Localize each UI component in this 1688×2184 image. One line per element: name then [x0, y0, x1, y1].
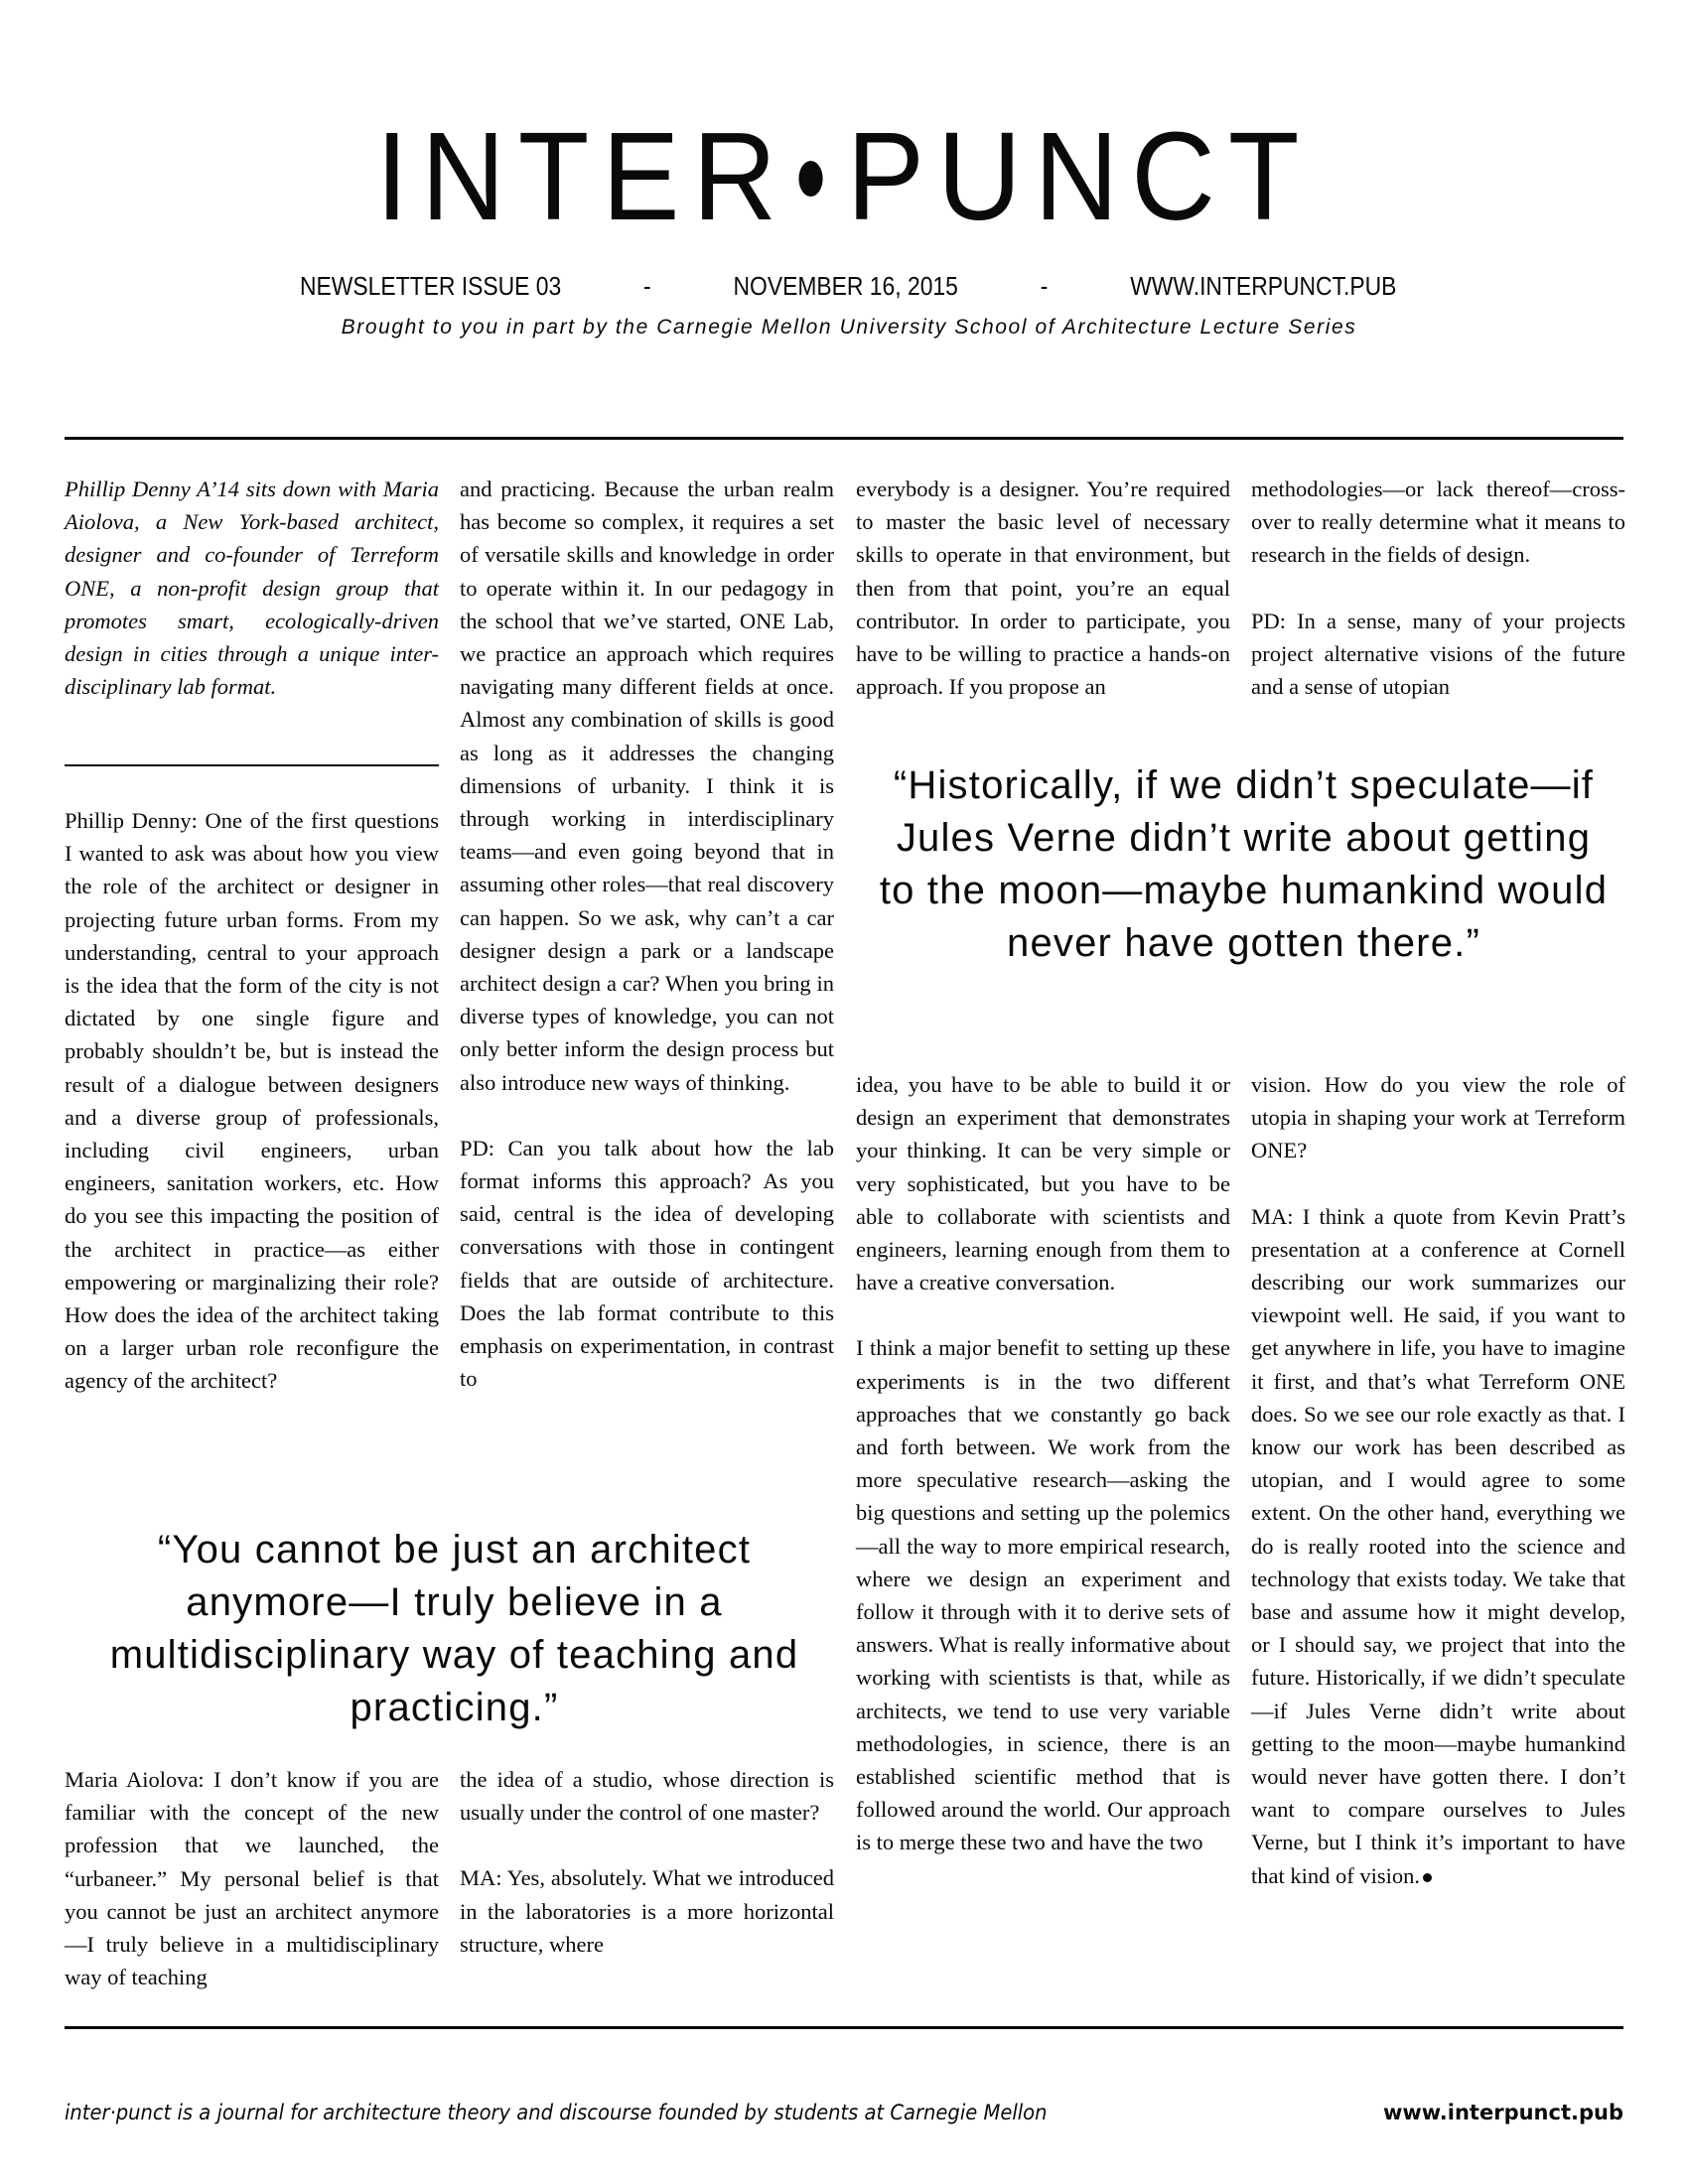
- bottom-divider: [65, 2026, 1623, 2029]
- masthead-title: INTERPUNCT: [60, 107, 1629, 246]
- sponsor-tagline: Brought to you in part by the Carnegie M…: [298, 314, 1400, 341]
- question-paragraph: vision. How do you view the role of utop…: [1251, 1068, 1625, 1167]
- masthead-title-right: PUNCT: [847, 106, 1313, 246]
- column-2-bottom: the idea of a studio, whose direction is…: [460, 1763, 834, 1961]
- issue-date: NOVEMBER 16, 2015: [734, 270, 958, 302]
- answer-paragraph: I think a major benefit to setting up th…: [856, 1331, 1230, 1858]
- question-paragraph: Phillip Denny: One of the first question…: [65, 804, 439, 1398]
- answer-paragraph: MA: Yes, absolutely. What we introduced …: [460, 1861, 834, 1961]
- final-answer-text: MA: I think a quote from Kevin Pratt’s p…: [1251, 1204, 1625, 1888]
- website-link-header[interactable]: WWW.INTERPUNCT.PUB: [1130, 270, 1396, 302]
- answer-paragraph: and practicing. Because the urban realm …: [460, 473, 834, 1099]
- issue-number: NEWSLETTER ISSUE 03: [300, 270, 561, 302]
- pull-quote-1: “You cannot be just an architect anymore…: [74, 1524, 834, 1734]
- intro-paragraph: Phillip Denny A’14 sits down with Maria …: [65, 473, 439, 703]
- separator: -: [643, 270, 651, 302]
- footer-website-link[interactable]: www.interpunct.pub: [1383, 2099, 1623, 2126]
- column-2: and practicing. Because the urban realm …: [460, 473, 834, 1492]
- column-1: Phillip Denny: One of the first question…: [65, 804, 439, 1398]
- issue-info-line: NEWSLETTER ISSUE 03 - NOVEMBER 16, 2015 …: [300, 270, 1396, 302]
- answer-paragraph: everybody is a designer. You’re required…: [856, 473, 1230, 703]
- answer-paragraph-final: MA: I think a quote from Kevin Pratt’s p…: [1251, 1200, 1625, 1892]
- answer-paragraph: idea, you have to be able to build it or…: [856, 1068, 1230, 1298]
- question-paragraph: PD: Can you talk about how the lab forma…: [460, 1132, 834, 1396]
- answer-paragraph: methodologies—or lack thereof—cross-over…: [1251, 473, 1625, 572]
- column-3-top: everybody is a designer. You’re required…: [856, 473, 1230, 703]
- masthead-title-left: INTER: [375, 106, 789, 246]
- interpunct-dot-icon: [798, 161, 822, 197]
- column-4-bottom: vision. How do you view the role of utop…: [1251, 1068, 1625, 1892]
- column-1-bottom: Maria Aiolova: I don’t know if you are f…: [65, 1763, 439, 1993]
- answer-paragraph: Maria Aiolova: I don’t know if you are f…: [65, 1763, 439, 1993]
- question-paragraph: the idea of a studio, whose direction is…: [460, 1763, 834, 1829]
- pull-quote-2: “Historically, if we didn’t speculate—if…: [879, 759, 1609, 970]
- end-of-article-dot-icon: [1423, 1873, 1432, 1882]
- top-divider: [65, 437, 1623, 440]
- article-intro: Phillip Denny A’14 sits down with Maria …: [65, 473, 439, 703]
- column-4-top: methodologies—or lack thereof—cross-over…: [1251, 473, 1625, 703]
- column-3-bottom: idea, you have to be able to build it or…: [856, 1068, 1230, 1859]
- intro-divider: [65, 764, 439, 766]
- footer-description: inter·punct is a journal for architectur…: [65, 2099, 1048, 2126]
- question-paragraph: PD: In a sense, many of your projects pr…: [1251, 605, 1625, 704]
- separator: -: [1041, 270, 1049, 302]
